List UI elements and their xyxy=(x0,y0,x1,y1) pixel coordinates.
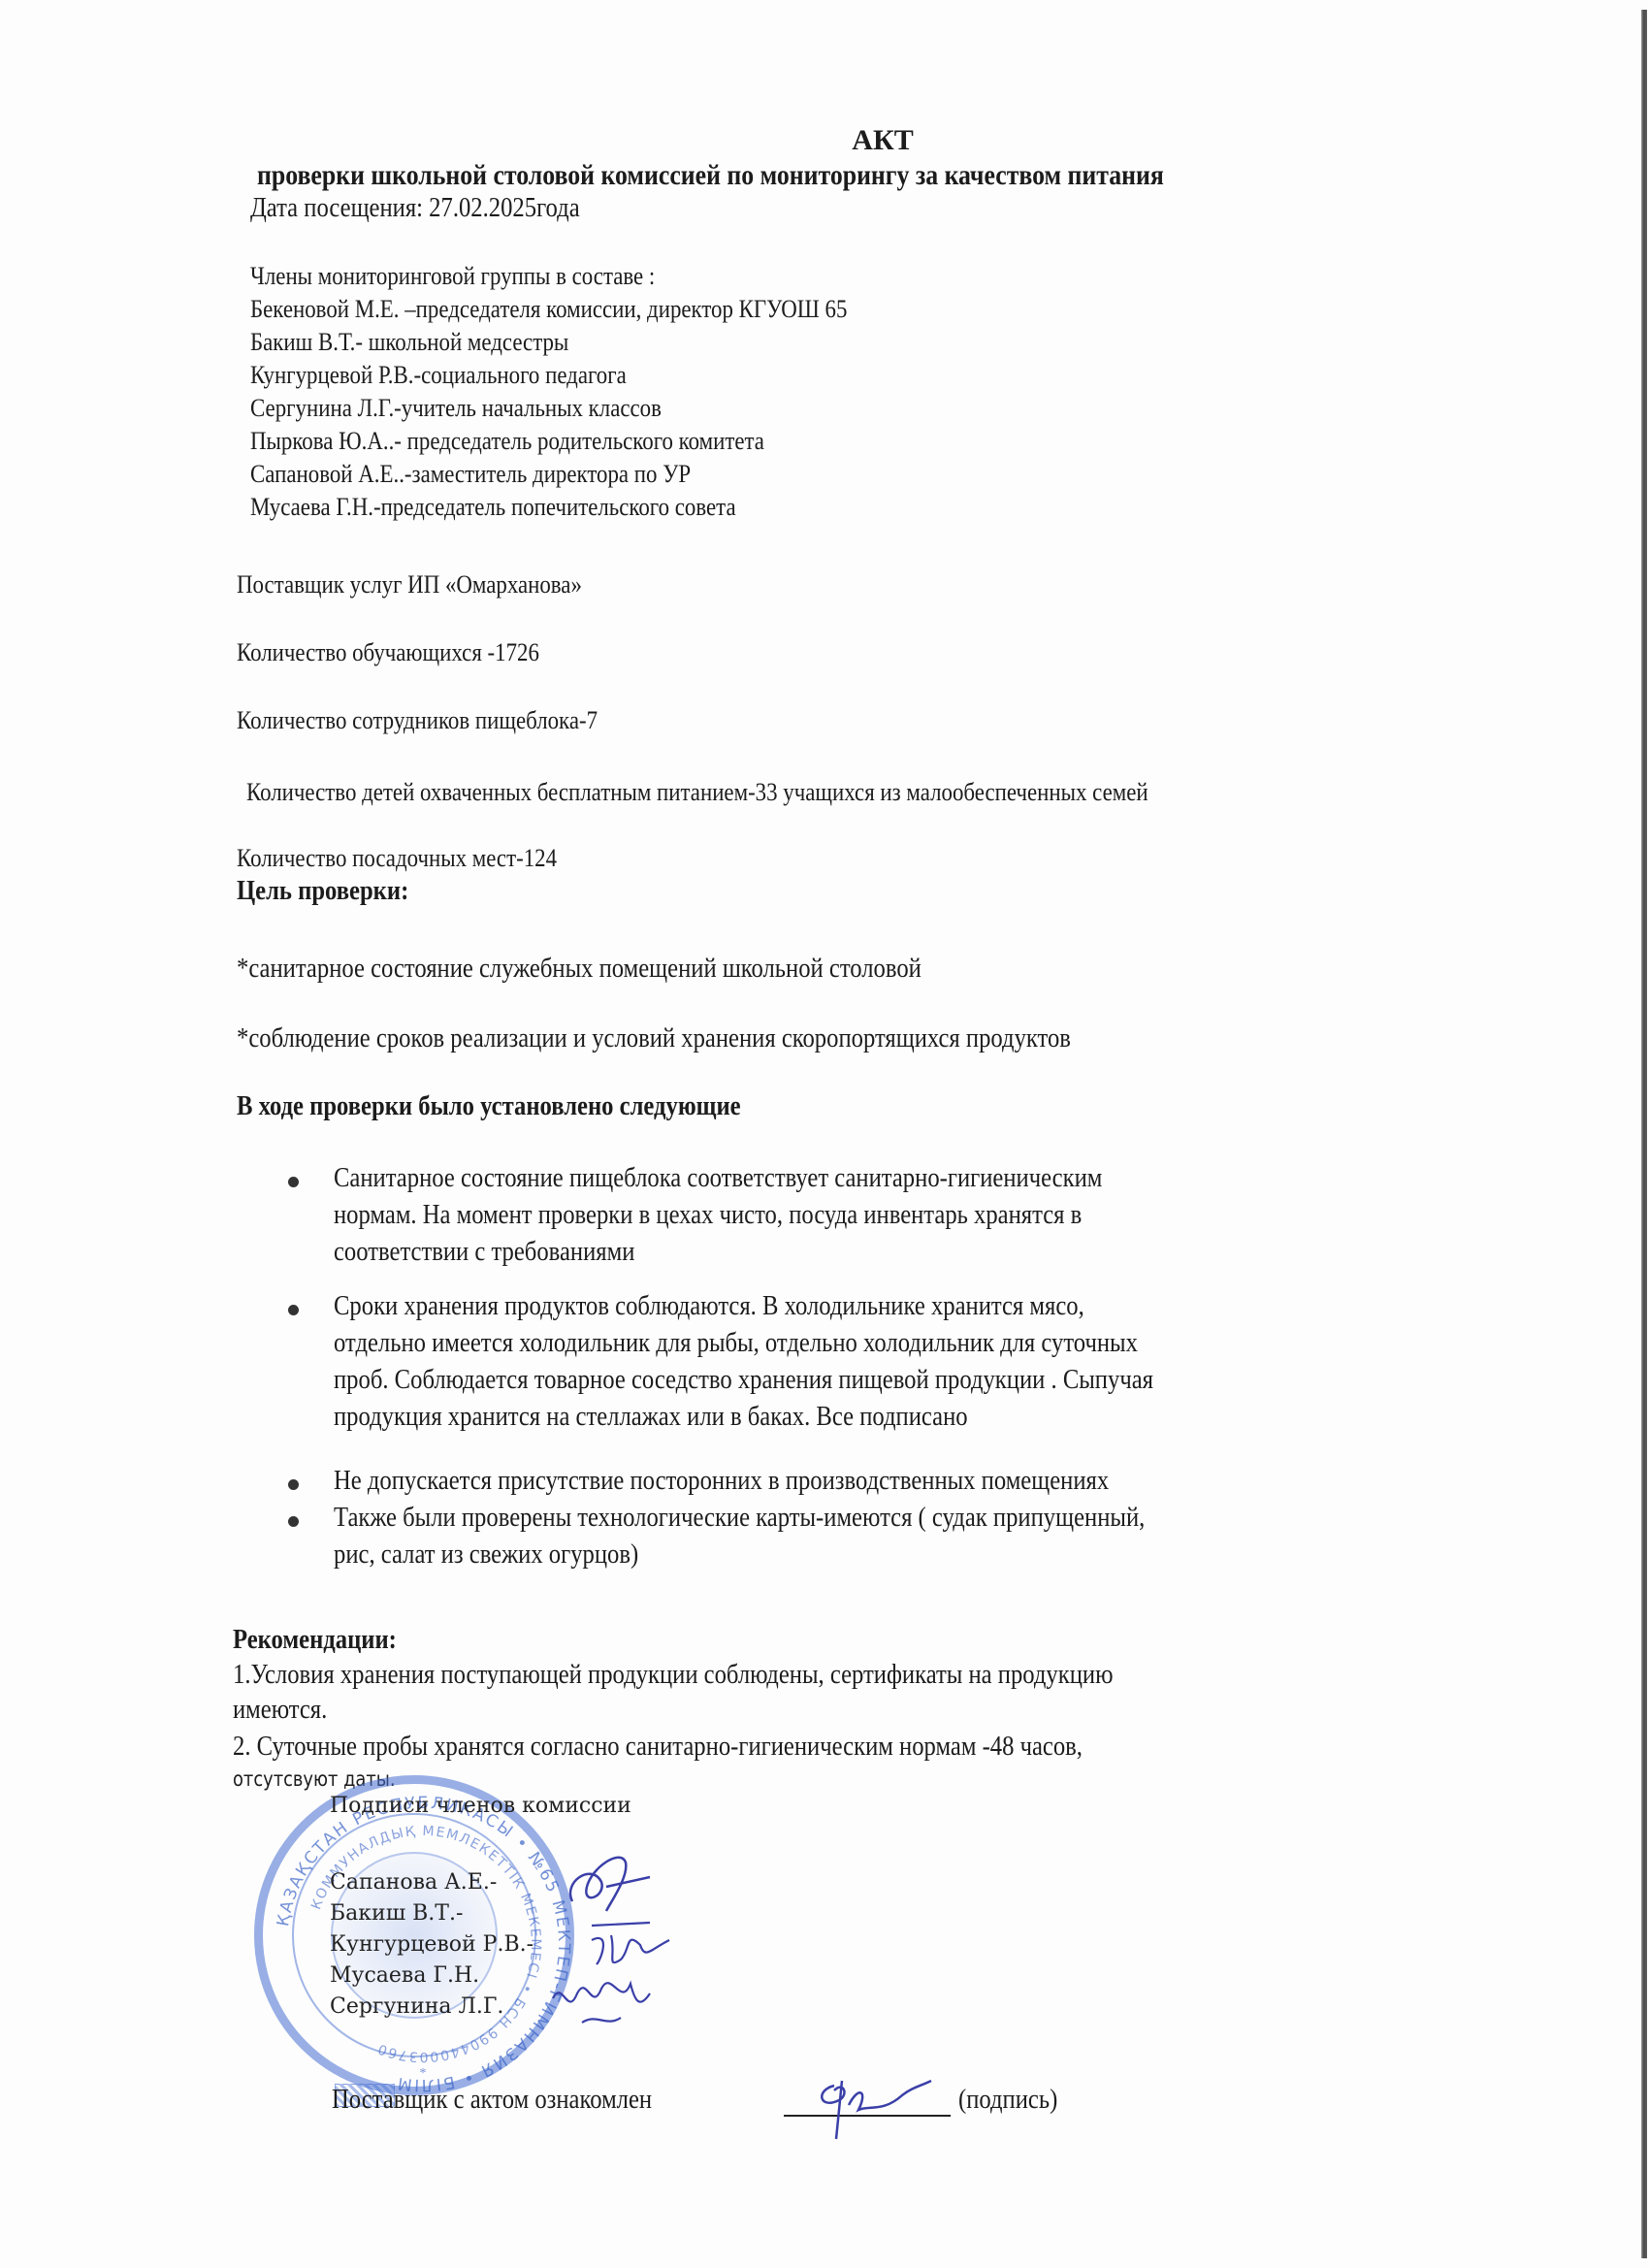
member-item: Кунгурцевой Р.В.-социального педагога xyxy=(250,359,627,392)
finding-line: Санитарное состояние пищеблока соответст… xyxy=(334,1162,1102,1195)
finding-line: отдельно имеется холодильник для рыбы, о… xyxy=(334,1327,1138,1360)
member-item: Сапановой А.Е..-заместитель директора по… xyxy=(250,458,691,491)
recommendation-line: имеются. xyxy=(233,1694,327,1727)
bullet-icon xyxy=(288,1305,299,1315)
purpose-item: *соблюдение сроков реализации и условий … xyxy=(237,1022,1071,1055)
recommendation-line: 2. Суточные пробы хранятся согласно сани… xyxy=(233,1731,1083,1764)
finding-line: соответствии с требованиями xyxy=(334,1236,634,1269)
members-heading: Члены мониторинговой группы в составе : xyxy=(250,260,655,293)
signature-name: Сапанова А.Е.- xyxy=(330,1867,497,1898)
signature-name: Мусаева Г.Н. xyxy=(330,1960,479,1992)
signature-scribble-icon xyxy=(553,1843,660,1921)
member-item: Сергунина Л.Г.-учитель начальных классов xyxy=(250,392,662,425)
free-meals-count: Количество детей охваченных бесплатным п… xyxy=(246,776,1148,809)
finding-line: Сроки хранения продуктов соблюдаются. В … xyxy=(334,1290,1084,1323)
signature-name: Сергунина Л.Г. xyxy=(330,1992,503,2023)
member-item: Бакиш В.Т.- школьной медсестры xyxy=(250,326,568,359)
document-page: АКТ проверки школьной столовой комиссией… xyxy=(0,0,1639,2268)
document-subtitle: проверки школьной столовой комиссией по … xyxy=(257,159,1164,192)
signature-name: Бакиш В.Т.- xyxy=(330,1898,463,1929)
recommendations-heading: Рекомендации: xyxy=(233,1624,397,1657)
signature-note: (подпись) xyxy=(958,2084,1057,2117)
scan-edge xyxy=(1641,10,1647,2258)
member-item: Пыркова Ю.А..- председатель родительског… xyxy=(250,425,764,458)
bullet-icon xyxy=(288,1516,299,1527)
finding-line: Не допускается присутствие посторонних в… xyxy=(334,1465,1109,1498)
member-item: Мусаева Г.Н.-председатель попечительског… xyxy=(250,491,736,524)
signature-scribble-icon xyxy=(543,1969,689,2037)
purpose-item: *санитарное состояние служебных помещени… xyxy=(237,953,921,986)
supplier-line: Поставщик услуг ИП «Омарханова» xyxy=(237,568,582,601)
document-title: АКТ xyxy=(0,124,1639,157)
purpose-heading: Цель проверки: xyxy=(237,875,408,908)
recommendation-line: 1.Условия хранения поступающей продукции… xyxy=(233,1659,1114,1692)
svg-text:*: * xyxy=(420,2066,427,2081)
finding-line: нормам. На момент проверки в цехах чисто… xyxy=(334,1199,1082,1232)
signatures-heading: Подписи членов комиссии xyxy=(330,1791,631,1822)
staff-count: Количество сотрудников пищеблока-7 xyxy=(237,704,598,737)
supplier-ack-label: Поставщик с актом ознакомлен xyxy=(332,2084,652,2117)
bullet-icon xyxy=(288,1177,299,1187)
visit-date: Дата посещения: 27.02.2025года xyxy=(250,192,580,225)
seats-count: Количество посадочных мест-124 xyxy=(237,842,557,875)
bullet-icon xyxy=(288,1479,299,1490)
finding-line: проб. Соблюдается товарное соседство хра… xyxy=(334,1364,1153,1397)
finding-line: Также были проверены технологические кар… xyxy=(334,1502,1145,1535)
finding-line: продукция хранится на стеллажах или в ба… xyxy=(334,1401,968,1434)
findings-heading: В ходе проверки было установлено следующ… xyxy=(237,1090,741,1123)
signature-name: Кунгурцевой Р.В.- xyxy=(330,1929,533,1960)
students-count: Количество обучающихся -1726 xyxy=(237,636,539,669)
member-item: Бекеновой М.Е. –председателя комиссии, д… xyxy=(250,293,847,326)
finding-line: рис, салат из свежих огурцов) xyxy=(334,1539,638,1571)
supplier-signature-icon xyxy=(805,2066,960,2144)
